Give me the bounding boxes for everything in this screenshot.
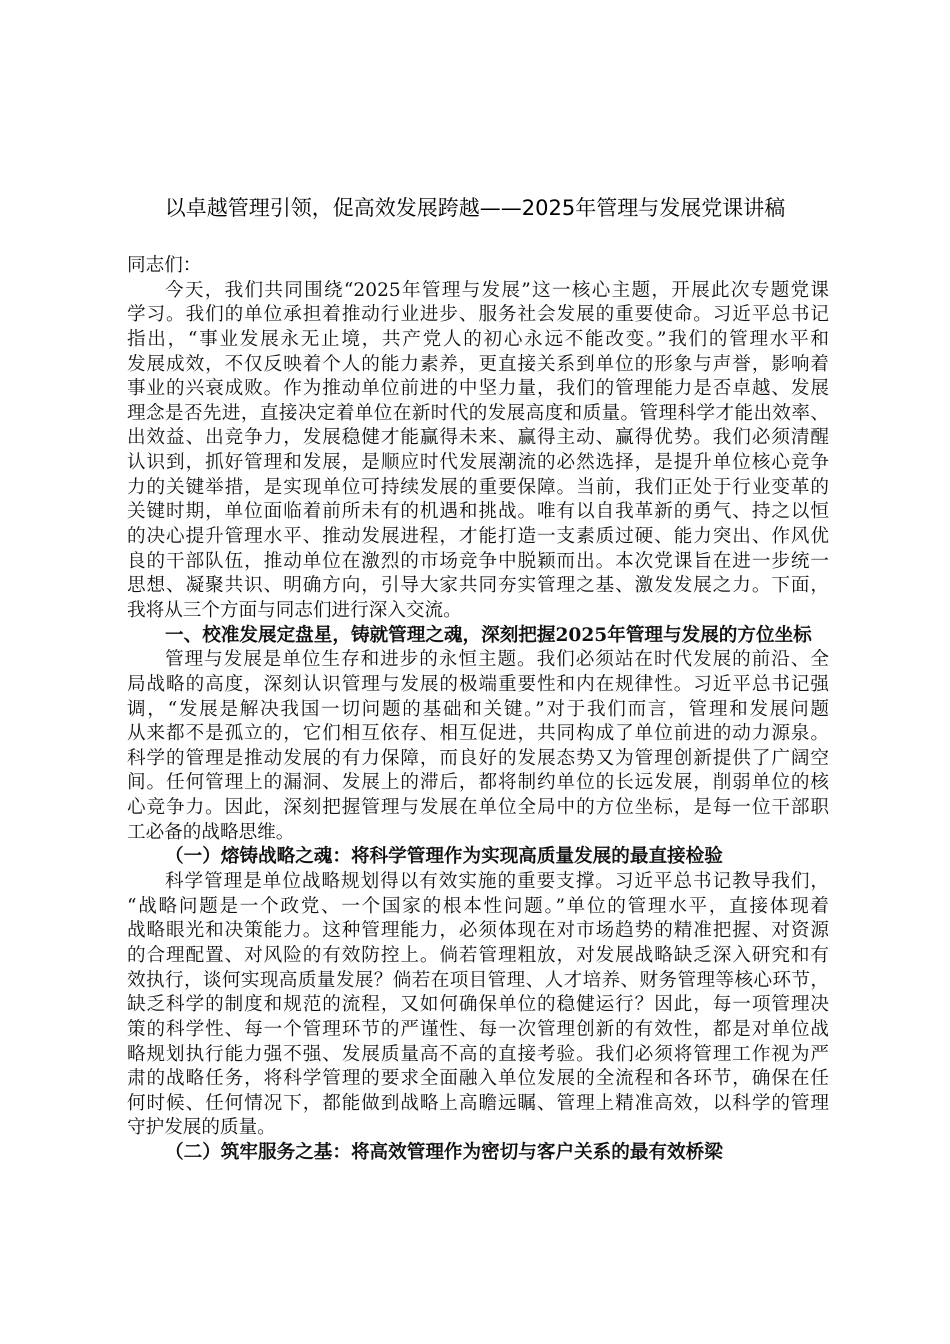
text-line: 认识到，抓好管理和发展，是顺应时代发展潮流的必然选择，是提升单位核心竞争 xyxy=(127,451,829,476)
text-line: 科学的管理是推动发展的有力保障，而良好的发展态势又为管理创新提供了广阔空 xyxy=(127,747,829,772)
text-line: 科学管理是单位战略规划得以有效实施的重要支撑。习近平总书记教导我们， xyxy=(127,870,829,895)
text-line: 工必备的战略思维。 xyxy=(127,821,829,846)
text-line: 指出，“事业发展永无止境，共产党人的初心永远不能改变。”我们的管理水平和 xyxy=(127,328,829,353)
document-body: 同志们： 今天，我们共同围绕“2025年管理与发展”这一核心主题，开展此次专题党… xyxy=(127,254,829,1166)
text-line: 肃的战略任务，将科学管理的要求全面融入单位发展的全流程和各环节，确保在任 xyxy=(127,1067,829,1092)
text-line: 思想、凝聚共识、明确方向，引导大家共同夯实管理之基、激发发展之力。下面， xyxy=(127,574,829,599)
text-line: 何时候、任何情况下，都能做到战略上高瞻远瞩、管理上精准高效，以科学的管理 xyxy=(127,1092,829,1117)
text-line: 的决心提升管理水平、推动发展进程，才能打造一支素质过硬、能力突出、作风优 xyxy=(127,525,829,550)
text-line: 我将从三个方面与同志们进行深入交流。 xyxy=(127,599,829,624)
text-line: 心竞争力。因此，深刻把握管理与发展在单位全局中的方位坐标，是每一位干部职 xyxy=(127,796,829,821)
text-line: “战略问题是一个政党、一个国家的根本性问题。”单位的管理水平，直接体现着 xyxy=(127,895,829,920)
text-line: 缺乏科学的制度和规范的流程，又如何确保单位的稳健运行？因此，每一项管理决 xyxy=(127,993,829,1018)
document-page: 以卓越管理引领，促高效发展跨越——2025年管理与发展党课讲稿 同志们： 今天，… xyxy=(0,0,950,1344)
document-title: 以卓越管理引领，促高效发展跨越——2025年管理与发展党课讲稿 xyxy=(0,192,950,222)
text-line: 局战略的高度，深刻认识管理与发展的极端重要性和内在规律性。习近平总书记强 xyxy=(127,673,829,698)
text-line: 出效益、出竞争力，发展稳健才能赢得未来、赢得主动、赢得优势。我们必须清醒 xyxy=(127,426,829,451)
text-line: 调，“发展是解决我国一切问题的基础和关键。”对于我们而言，管理和发展问题 xyxy=(127,698,829,723)
text-line: 略规划执行能力强不强、发展质量高不高的直接考验。我们必须将管理工作视为严 xyxy=(127,1043,829,1068)
text-line: 力的关键举措，是实现单位可持续发展的重要保障。当前，我们正处于行业变革的 xyxy=(127,476,829,501)
text-line: 今天，我们共同围绕“2025年管理与发展”这一核心主题，开展此次专题党课 xyxy=(127,279,829,304)
text-line: 良的干部队伍，推动单位在激烈的市场竞争中脱颖而出。本次党课旨在进一步统一 xyxy=(127,550,829,575)
text-line: 管理与发展是单位生存和进步的永恒主题。我们必须站在时代发展的前沿、全 xyxy=(127,648,829,673)
text-line: 守护发展的质量。 xyxy=(127,1116,829,1141)
text-line: 从来都不是孤立的，它们相互依存、相互促进，共同构成了单位前进的动力源泉。 xyxy=(127,722,829,747)
greeting: 同志们： xyxy=(127,254,829,279)
section-heading: （一）熔铸战略之魂：将科学管理作为实现高质量发展的最直接检验 xyxy=(127,845,829,870)
paragraph-lines: 今天，我们共同围绕“2025年管理与发展”这一核心主题，开展此次专题党课学习。我… xyxy=(127,279,829,1166)
text-line: 间。任何管理上的漏洞、发展上的滞后，都将制约单位的长远发展，削弱单位的核 xyxy=(127,771,829,796)
text-line: 策的科学性、每一个管理环节的严谨性、每一次管理创新的有效性，都是对单位战 xyxy=(127,1018,829,1043)
section-heading: 一、校准发展定盘星，铸就管理之魂，深刻把握2025年管理与发展的方位坐标 xyxy=(127,624,829,649)
section-heading: （二）筑牢服务之基：将高效管理作为密切与客户关系的最有效桥梁 xyxy=(127,1141,829,1166)
text-line: 关键时期，单位面临着前所未有的机遇和挑战。唯有以自我革新的勇气、持之以恒 xyxy=(127,500,829,525)
text-line: 的合理配置、对风险的有效防控上。倘若管理粗放，对发展战略缺乏深入研究和有 xyxy=(127,944,829,969)
text-line: 理念是否先进，直接决定着单位在新时代的发展高度和质量。管理科学才能出效率、 xyxy=(127,402,829,427)
text-line: 战略眼光和决策能力。这种管理能力，必须体现在对市场趋势的精准把握、对资源 xyxy=(127,919,829,944)
text-line: 学习。我们的单位承担着推动行业进步、服务社会发展的重要使命。习近平总书记 xyxy=(127,303,829,328)
text-line: 效执行，谈何实现高质量发展？倘若在项目管理、人才培养、财务管理等核心环节， xyxy=(127,969,829,994)
text-line: 发展成效，不仅反映着个人的能力素养，更直接关系到单位的形象与声誉，影响着 xyxy=(127,353,829,378)
text-line: 事业的兴衰成败。作为推动单位前进的中坚力量，我们的管理能力是否卓越、发展 xyxy=(127,377,829,402)
